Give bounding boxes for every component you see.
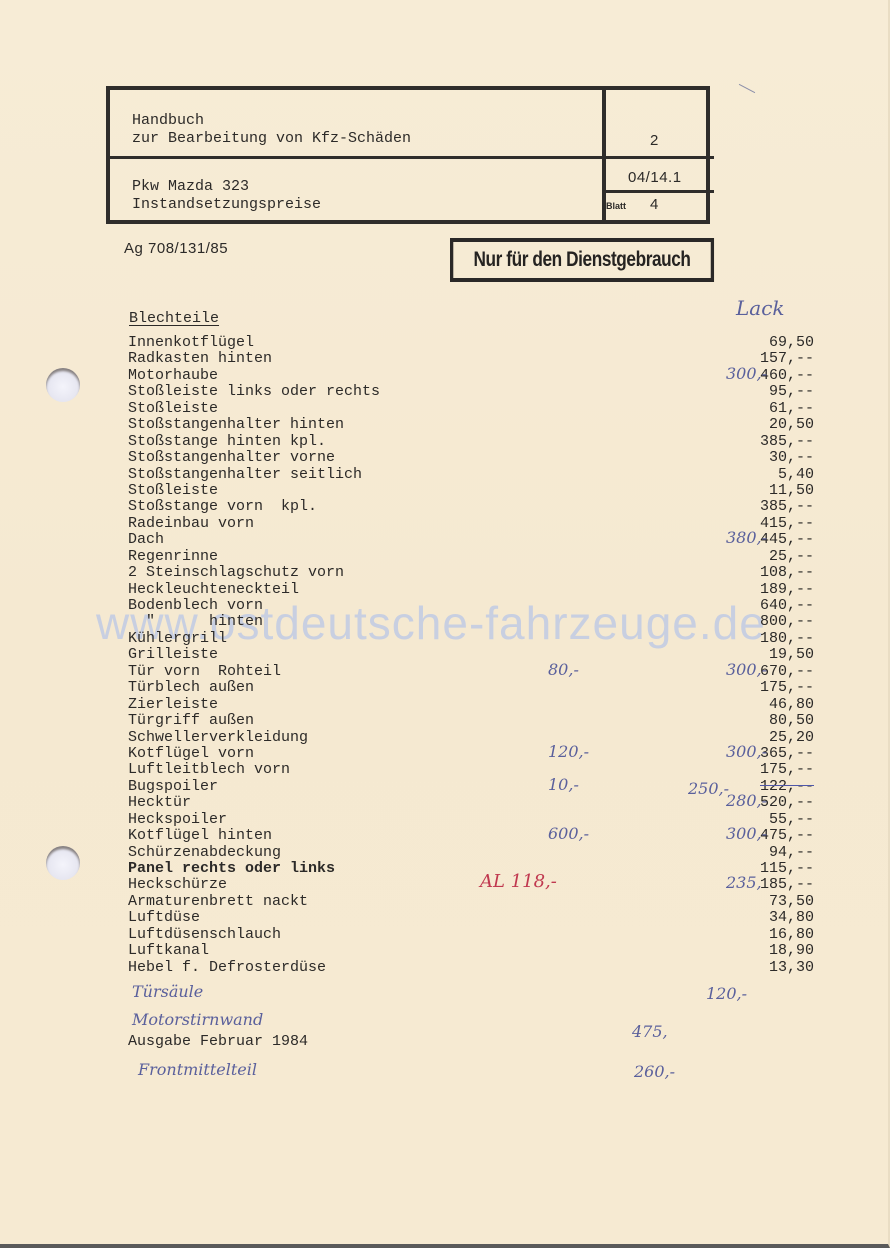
- part-name: Stoßstangenhalter hinten: [128, 416, 344, 433]
- price-list: Innenkotflügel69,50Radkasten hinten157,-…: [128, 334, 828, 975]
- part-name: " hinten: [128, 613, 263, 630]
- handwritten-lack-price: 300,-: [726, 660, 767, 679]
- part-name: Stoßleiste: [128, 482, 218, 499]
- part-name: Stoßstange vorn kpl.: [128, 498, 317, 515]
- part-name: Tür vorn Rohteil: [128, 663, 281, 680]
- part-name: Kotflügel vorn: [128, 745, 254, 762]
- price-list-row: Zierleiste46,80: [128, 696, 828, 712]
- handwritten-lack-price: 300,-: [726, 824, 767, 843]
- part-name: Luftdüsenschlauch: [128, 926, 281, 943]
- price-list-row: Regenrinne25,--: [128, 548, 828, 564]
- document-subject: Pkw Mazda 323Instandsetzungspreise: [132, 178, 321, 214]
- part-name: Türgriff außen: [128, 712, 254, 729]
- price-list-row: Heckspoiler55,--: [128, 811, 828, 827]
- part-name: Heckleuchteneckteil: [128, 581, 299, 598]
- volume-number: 2: [650, 132, 658, 149]
- part-price: 108,--: [714, 564, 814, 581]
- part-price: 94,--: [714, 844, 814, 861]
- part-price: 20,50: [714, 416, 814, 433]
- price-list-row: Motorhaube460,--300,-: [128, 367, 828, 383]
- part-name: Hebel f. Defrosterdüse: [128, 959, 326, 976]
- document-page: Handbuchzur Bearbeitung von Kfz-Schäden …: [0, 0, 890, 1248]
- price-list-row: Heckschürze185,--AL 118,-235,: [128, 876, 828, 892]
- price-list-row: Luftleitblech vorn175,--: [128, 761, 828, 777]
- price-list-row: Stoßstange vorn kpl.385,--: [128, 498, 828, 514]
- part-price: 46,80: [714, 696, 814, 713]
- handwritten-note: 600,-: [548, 824, 589, 843]
- part-price: 80,50: [714, 712, 814, 729]
- part-name: Luftleitblech vorn: [128, 761, 290, 778]
- part-name: Schürzenabdeckung: [128, 844, 281, 861]
- handwritten-item-label: Motorstirnwand: [132, 1010, 263, 1029]
- handwritten-note: 80,-: [548, 660, 579, 679]
- part-name: Luftkanal: [128, 942, 209, 959]
- header-box: Handbuchzur Bearbeitung von Kfz-Schäden …: [106, 86, 710, 224]
- part-price: 385,--: [714, 433, 814, 450]
- part-price: 16,80: [714, 926, 814, 943]
- handwritten-item-value: 120,-: [706, 984, 747, 1003]
- price-list-row: Kotflügel vorn365,--120,-300,-: [128, 745, 828, 761]
- part-name: Radkasten hinten: [128, 350, 272, 367]
- part-name: Stoßstangenhalter seitlich: [128, 466, 362, 483]
- price-list-row: Grilleiste19,50: [128, 646, 828, 662]
- punch-hole: [46, 368, 80, 402]
- part-price: 25,--: [714, 548, 814, 565]
- handwritten-note: 10,-: [548, 775, 579, 794]
- part-name: Panel rechts oder links: [128, 860, 335, 877]
- part-price: 385,--: [714, 498, 814, 515]
- reference-number: Ag 708/131/85: [124, 240, 228, 257]
- title-line-2: zur Bearbeitung von Kfz-Schäden: [132, 130, 411, 147]
- price-list-row: Panel rechts oder links115,--: [128, 860, 828, 876]
- handwritten-item-label: Türsäule: [132, 982, 203, 1001]
- edition-footer: Ausgabe Februar 1984: [128, 1033, 308, 1050]
- price-list-row: Schürzenabdeckung94,--: [128, 844, 828, 860]
- section-title: Blechteile: [129, 310, 219, 327]
- part-name: Kühlergrill: [128, 630, 227, 647]
- part-price: 30,--: [714, 449, 814, 466]
- part-name: Innenkotflügel: [128, 334, 254, 351]
- price-list-row: Luftdüsenschlauch16,80: [128, 926, 828, 942]
- sheet-label: Blatt: [606, 201, 626, 211]
- part-name: Grilleiste: [128, 646, 218, 663]
- part-price: 5,40: [714, 466, 814, 483]
- price-list-row: Stoßstange hinten kpl.385,--: [128, 433, 828, 449]
- divider: [604, 156, 714, 159]
- handwritten-lack-price: 300,-: [726, 364, 767, 383]
- price-list-row: Türgriff außen80,50: [128, 712, 828, 728]
- handwritten-item-value: 260,-: [634, 1062, 675, 1081]
- price-list-row: Innenkotflügel69,50: [128, 334, 828, 350]
- part-name: Stoßleiste: [128, 400, 218, 417]
- price-list-row: Heckleuchteneckteil189,--: [128, 581, 828, 597]
- price-list-row: Kotflügel hinten475,--600,-300,-: [128, 827, 828, 843]
- part-price: 175,--: [714, 679, 814, 696]
- price-list-row: Stoßleiste61,--: [128, 400, 828, 416]
- part-price: 18,90: [714, 942, 814, 959]
- part-price: 13,30: [714, 959, 814, 976]
- part-price: 11,50: [714, 482, 814, 499]
- part-name: Zierleiste: [128, 696, 218, 713]
- part-name: Stoßleiste links oder rechts: [128, 383, 380, 400]
- part-name: Luftdüse: [128, 909, 200, 926]
- part-name: Kotflügel hinten: [128, 827, 272, 844]
- price-list-row: Radeinbau vorn415,--: [128, 515, 828, 531]
- price-list-row: Stoßstangenhalter vorne30,--: [128, 449, 828, 465]
- handwritten-lack-price: 300,-: [726, 742, 767, 761]
- title-line-1: Handbuch: [132, 112, 204, 129]
- price-list-row: Stoßstangenhalter hinten20,50: [128, 416, 828, 432]
- price-list-row: Dach445,--380,-: [128, 531, 828, 547]
- price-list-row: Luftdüse34,80: [128, 909, 828, 925]
- handwritten-lack-price: 380,-: [726, 528, 767, 547]
- part-name: Dach: [128, 531, 164, 548]
- part-price: 800,--: [714, 613, 814, 630]
- part-price: 95,--: [714, 383, 814, 400]
- part-name: Hecktür: [128, 794, 191, 811]
- part-name: Schwellerverkleidung: [128, 729, 308, 746]
- handwritten-item-value: 475,: [632, 1022, 668, 1041]
- divider: [110, 156, 604, 159]
- part-price: 640,--: [714, 597, 814, 614]
- part-price: 175,--: [714, 761, 814, 778]
- part-name: Stoßstange hinten kpl.: [128, 433, 326, 450]
- handbook-title: Handbuchzur Bearbeitung von Kfz-Schäden: [132, 112, 411, 148]
- part-price: 69,50: [714, 334, 814, 351]
- part-price: 189,--: [714, 581, 814, 598]
- part-price: 61,--: [714, 400, 814, 417]
- price-list-row: Stoßstangenhalter seitlich5,40: [128, 466, 828, 482]
- part-name: Bodenblech vorn: [128, 597, 263, 614]
- subject-line-1: Pkw Mazda 323: [132, 178, 249, 195]
- handwritten-lack-price: 280,-: [726, 791, 767, 810]
- price-list-row: Schwellerverkleidung25,20: [128, 729, 828, 745]
- part-name: 2 Steinschlagschutz vorn: [128, 564, 344, 581]
- price-list-row: Armaturenbrett nackt73,50: [128, 893, 828, 909]
- price-list-row: Kühlergrill180,--: [128, 630, 828, 646]
- price-list-row: Hecktür520,--280,-: [128, 794, 828, 810]
- price-list-row: Bodenblech vorn640,--: [128, 597, 828, 613]
- part-name: Motorhaube: [128, 367, 218, 384]
- part-name: Heckspoiler: [128, 811, 227, 828]
- price-list-row: Tür vorn Rohteil670,--80,-300,-: [128, 663, 828, 679]
- handwritten-note: 120,-: [548, 742, 589, 761]
- price-list-row: Radkasten hinten157,--: [128, 350, 828, 366]
- price-list-row: Stoßleiste links oder rechts95,--: [128, 383, 828, 399]
- price-list-row: " hinten800,--: [128, 613, 828, 629]
- part-name: Bugspoiler: [128, 778, 218, 795]
- part-price: 180,--: [714, 630, 814, 647]
- price-list-row: Hebel f. Defrosterdüse13,30: [128, 959, 828, 975]
- punch-hole: [46, 846, 80, 880]
- price-list-row: 2 Steinschlagschutz vorn108,--: [128, 564, 828, 580]
- pen-mark: [739, 84, 755, 93]
- handwritten-item-label: Frontmittelteil: [138, 1060, 257, 1079]
- price-list-row: Stoßleiste11,50: [128, 482, 828, 498]
- handwritten-red-note: AL 118,-: [480, 871, 557, 892]
- part-name: Türblech außen: [128, 679, 254, 696]
- part-price: 34,80: [714, 909, 814, 926]
- part-name: Radeinbau vorn: [128, 515, 254, 532]
- part-name: Armaturenbrett nackt: [128, 893, 308, 910]
- part-name: Heckschürze: [128, 876, 227, 893]
- handwritten-lack-header: Lack: [736, 296, 785, 320]
- subject-line-2: Instandsetzungspreise: [132, 196, 321, 213]
- price-list-row: Türblech außen175,--: [128, 679, 828, 695]
- handwritten-lack-price: 235,: [726, 873, 762, 892]
- restricted-stamp: Nur für den Dienstgebrauch: [450, 238, 714, 282]
- part-name: Stoßstangenhalter vorne: [128, 449, 335, 466]
- price-list-row: Luftkanal18,90: [128, 942, 828, 958]
- price-list-row: Bugspoiler122,--10,-250,-: [128, 778, 828, 794]
- part-name: Regenrinne: [128, 548, 218, 565]
- sheet-number: 4: [650, 196, 658, 213]
- part-price: 73,50: [714, 893, 814, 910]
- section-code: 04/14.1: [628, 169, 682, 186]
- divider: [604, 190, 714, 193]
